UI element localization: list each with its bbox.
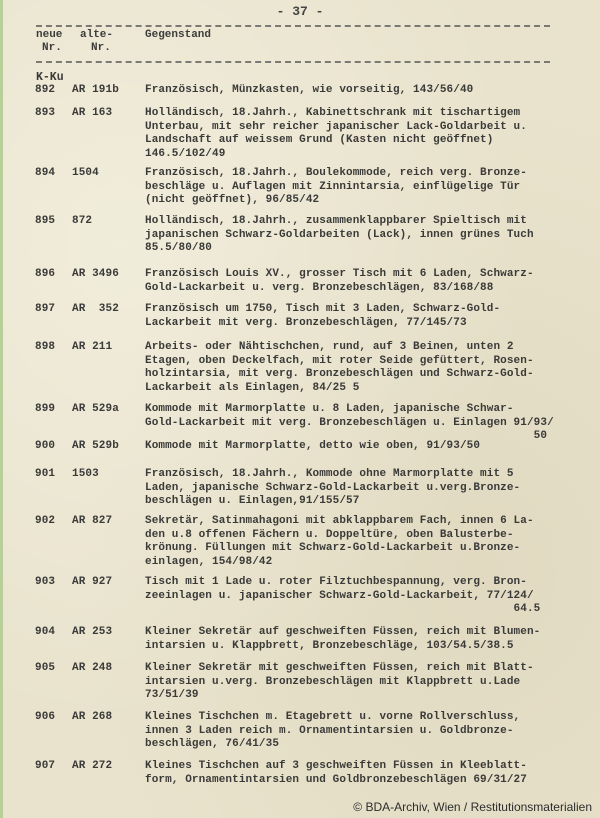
- entry-description-line: Französisch, 18.Jahrh., Kommode ohne Mar…: [145, 468, 565, 482]
- entry-old-number: AR 3496: [72, 268, 142, 282]
- header-top-rule: [36, 25, 550, 27]
- entry-new-number: 893: [35, 107, 69, 121]
- entry-description-line: innen 3 Laden reich m. Ornamentintarsien…: [145, 725, 565, 739]
- entry-new-number: 898: [35, 341, 69, 355]
- entry-description: Französisch, Münzkasten, wie vorseitig, …: [145, 84, 565, 98]
- entry-description-line: (nicht geöffnet), 96/85/42: [145, 194, 565, 208]
- entry-old-number: 872: [72, 215, 142, 229]
- copyright-notice: © BDA-Archiv, Wien / Restitutionsmateria…: [353, 800, 592, 814]
- entry-description: Französisch, 18.Jahrh., Kommode ohne Mar…: [145, 468, 565, 509]
- entry-new-number: 894: [35, 167, 69, 181]
- entry-new-number: 900: [35, 440, 69, 454]
- entry-new-number: 899: [35, 403, 69, 417]
- entry-description: Holländisch, 18.Jahrh., Kabinettschrank …: [145, 107, 565, 161]
- entry-description-line: Gold-Lackarbeit u. verg. Bronzebeschläge…: [145, 282, 565, 296]
- entry-description: Sekretär, Satinmahagoni mit abklappbarem…: [145, 515, 565, 569]
- entry-description-line: Kleines Tischchen auf 3 geschweiften Füs…: [145, 760, 565, 774]
- entry-description: Französisch, 18.Jahrh., Boulekommode, re…: [145, 167, 565, 208]
- entry-description-line: 146.5/102/49: [145, 148, 565, 162]
- column-header-old-line2: Nr.: [80, 42, 113, 55]
- entry-description-line: Französisch um 1750, Tisch mit 3 Laden, …: [145, 303, 565, 317]
- column-header-new-line1: neue: [36, 29, 62, 42]
- entry-description-line: Sekretär, Satinmahagoni mit abklappbarem…: [145, 515, 565, 529]
- entry-new-number: 907: [35, 760, 69, 774]
- entry-description-line: Gold-Lackarbeit mit verg. Bronzebeschläg…: [145, 417, 565, 431]
- entry-old-number: AR 529b: [72, 440, 142, 454]
- entry-description-line: Laden, japanische Schwarz-Gold-Lackarbei…: [145, 482, 565, 496]
- column-header-object: Gegenstand: [145, 29, 211, 42]
- entry-new-number: 897: [35, 303, 69, 317]
- entry-description-line: Etagen, oben Deckelfach, mit roter Seide…: [145, 355, 565, 369]
- entry-description: Kleiner Sekretär auf geschweiften Füssen…: [145, 626, 565, 653]
- entry-old-number: AR 529a: [72, 403, 142, 417]
- entry-old-number: 1503: [72, 468, 142, 482]
- entry-description: Kleines Tischchen m. Etagebrett u. vorne…: [145, 711, 565, 752]
- entry-new-number: 902: [35, 515, 69, 529]
- entry-description: Französisch Louis XV., grosser Tisch mit…: [145, 268, 565, 295]
- entry-old-number: AR 268: [72, 711, 142, 725]
- entry-description-line: krönung. Füllungen mit Schwarz-Gold-Lack…: [145, 542, 565, 556]
- entry-description-line: Lackarbeit mit verg. Bronzebeschlägen, 7…: [145, 317, 565, 331]
- entry-old-number: AR 352: [72, 303, 142, 317]
- entry-description-line: Kommode mit Marmorplatte, detto wie oben…: [145, 440, 565, 454]
- entry-description-line: Französisch, Münzkasten, wie vorseitig, …: [145, 84, 565, 98]
- page-number: - 37 -: [0, 4, 600, 19]
- entry-description-line: Landschaft auf weissem Grund (Kasten nic…: [145, 134, 565, 148]
- entry-description-line: einlagen, 154/98/42: [145, 556, 565, 570]
- entry-description-line: Kleiner Sekretär mit geschweiften Füssen…: [145, 662, 565, 676]
- entry-description-line: 73/51/39: [145, 689, 565, 703]
- entry-description-line: holzintarsia, mit verg. Bronzebeschlägen…: [145, 368, 565, 382]
- entry-old-number: 1504: [72, 167, 142, 181]
- page-edge: [0, 0, 3, 818]
- entry-new-number: 906: [35, 711, 69, 725]
- entry-new-number: 903: [35, 576, 69, 590]
- entry-description-line: 64.5: [145, 603, 565, 617]
- entry-description-line: beschläge u. Auflagen mit Zinnintarsia, …: [145, 181, 565, 195]
- entry-description: Kleiner Sekretär mit geschweiften Füssen…: [145, 662, 565, 703]
- section-label: K-Ku: [36, 71, 64, 84]
- entry-new-number: 892: [35, 84, 69, 98]
- entry-description: Kommode mit Marmorplatte, detto wie oben…: [145, 440, 565, 454]
- entry-description-line: Holländisch, 18.Jahrh., Kabinettschrank …: [145, 107, 565, 121]
- entry-description: Holländisch, 18.Jahrh., zusammenklappbar…: [145, 215, 565, 256]
- entry-old-number: AR 272: [72, 760, 142, 774]
- entry-description-line: Holländisch, 18.Jahrh., zusammenklappbar…: [145, 215, 565, 229]
- header-bottom-rule: [36, 61, 550, 63]
- entry-new-number: 905: [35, 662, 69, 676]
- entry-old-number: AR 927: [72, 576, 142, 590]
- entry-description-line: den u.8 offenen Fächern u. Doppeltüre, o…: [145, 529, 565, 543]
- entry-description: Französisch um 1750, Tisch mit 3 Laden, …: [145, 303, 565, 330]
- entry-description-line: Kommode mit Marmorplatte u. 8 Laden, jap…: [145, 403, 565, 417]
- entry-description-line: zeeinlagen u. japanischer Schwarz-Gold-L…: [145, 590, 565, 604]
- entry-description-line: Französisch Louis XV., grosser Tisch mit…: [145, 268, 565, 282]
- column-header-old-line1: alte-: [80, 29, 113, 42]
- entry-description-line: Tisch mit 1 Lade u. roter Filztuchbespan…: [145, 576, 565, 590]
- entry-description: Tisch mit 1 Lade u. roter Filztuchbespan…: [145, 576, 565, 617]
- column-header-new-nr: neue Nr.: [36, 29, 62, 55]
- entry-description: Kleines Tischchen auf 3 geschweiften Füs…: [145, 760, 565, 787]
- entry-description-line: Unterbau, mit sehr reicher japanischer L…: [145, 121, 565, 135]
- entry-old-number: AR 827: [72, 515, 142, 529]
- entry-description-line: intarsien u.verg. Bronzebeschlägen mit K…: [145, 676, 565, 690]
- entry-description: Arbeits- oder Nähtischchen, rund, auf 3 …: [145, 341, 565, 395]
- entry-description-line: Arbeits- oder Nähtischchen, rund, auf 3 …: [145, 341, 565, 355]
- entry-description-line: japanischen Schwarz-Goldarbeiten (Lack),…: [145, 229, 565, 243]
- entry-new-number: 895: [35, 215, 69, 229]
- entry-old-number: AR 163: [72, 107, 142, 121]
- entry-description-line: form, Ornamentintarsien und Goldbronzebe…: [145, 774, 565, 788]
- entry-old-number: AR 248: [72, 662, 142, 676]
- column-header-new-line2: Nr.: [36, 42, 62, 55]
- entry-description-line: beschlägen u. Einlagen,91/155/57: [145, 495, 565, 509]
- entry-description-line: Französisch, 18.Jahrh., Boulekommode, re…: [145, 167, 565, 181]
- entry-description-line: 85.5/80/80: [145, 242, 565, 256]
- entry-new-number: 896: [35, 268, 69, 282]
- column-header-old-nr: alte- Nr.: [80, 29, 113, 55]
- entry-old-number: AR 253: [72, 626, 142, 640]
- entry-old-number: AR 211: [72, 341, 142, 355]
- entry-description-line: beschlägen, 76/41/35: [145, 738, 565, 752]
- entry-new-number: 904: [35, 626, 69, 640]
- entry-description-line: intarsien u. Klappbrett, Bronzebeschläge…: [145, 640, 565, 654]
- entry-description-line: Kleines Tischchen m. Etagebrett u. vorne…: [145, 711, 565, 725]
- entry-description-line: Lackarbeit als Einlagen, 84/25 5: [145, 382, 565, 396]
- entry-description: Kommode mit Marmorplatte u. 8 Laden, jap…: [145, 403, 565, 444]
- entry-description-line: Kleiner Sekretär auf geschweiften Füssen…: [145, 626, 565, 640]
- entry-old-number: AR 191b: [72, 84, 142, 98]
- entry-new-number: 901: [35, 468, 69, 482]
